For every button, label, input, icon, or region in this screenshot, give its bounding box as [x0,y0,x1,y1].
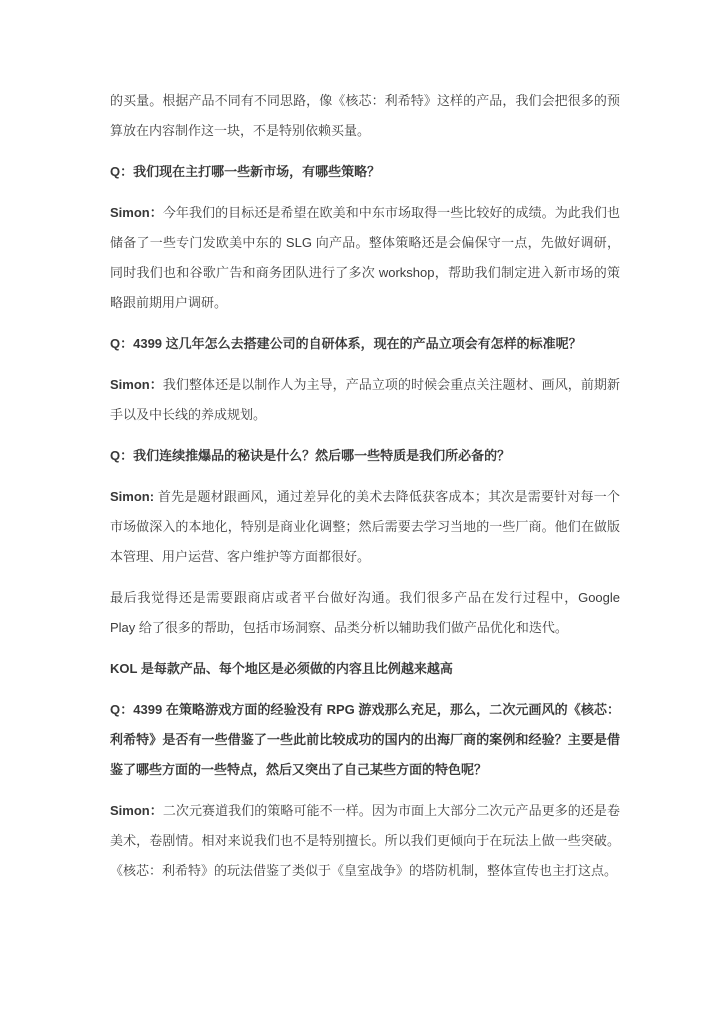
question-hit-products-secret: Q：我们连续推爆品的秘诀是什么？然后哪一些特质是我们所必备的？ [110,441,620,471]
paragraph-buy-volume-continuation: 的买量。根据产品不同有不同思路，像《核芯：利希特》这样的产品，我们会把很多的预算… [110,86,620,146]
speaker-label: Simon： [110,377,163,392]
question-self-development-system: Q：4399 这几年怎么去搭建公司的自研体系，现在的产品立项会有怎样的标准呢？ [110,329,620,359]
heading-kol: KOL 是每款产品、每个地区是必须做的内容且比例越来越高 [110,654,620,684]
speaker-label: Simon: [110,489,158,504]
answer-text: 今年我们的目标还是希望在欧美和中东市场取得一些比较好的成绩。为此我们也储备了一些… [110,205,620,310]
answer-hit-products-secret: Simon: 首先是题材跟画风，通过差异化的美术去降低获客成本；其次是需要针对每… [110,482,620,572]
answer-new-markets: Simon：今年我们的目标还是希望在欧美和中东市场取得一些比较好的成绩。为此我们… [110,198,620,318]
answer-text: 我们整体还是以制作人为主导，产品立项的时候会重点关注题材、画风，前期新手以及中长… [110,377,620,422]
paragraph-platform-communication: 最后我觉得还是需要跟商店或者平台做好沟通。我们很多产品在发行过程中，Google… [110,583,620,643]
answer-strategy-game-experience: Simon：二次元赛道我们的策略可能不一样。因为市面上大部分二次元产品更多的还是… [110,796,620,886]
answer-text: 首先是题材跟画风，通过差异化的美术去降低获客成本；其次是需要针对每一个市场做深入… [110,489,620,564]
answer-text: 二次元赛道我们的策略可能不一样。因为市面上大部分二次元产品更多的还是卷美术，卷剧… [110,803,620,878]
speaker-label: Simon： [110,205,163,220]
question-new-markets: Q：我们现在主打哪一些新市场，有哪些策略？ [110,157,620,187]
question-strategy-game-experience: Q：4399 在策略游戏方面的经验没有 RPG 游戏那么充足，那么，二次元画风的… [110,695,620,785]
speaker-label: Simon： [110,803,163,818]
answer-self-development-system: Simon：我们整体还是以制作人为主导，产品立项的时候会重点关注题材、画风，前期… [110,370,620,430]
document-page: 的买量。根据产品不同有不同思路，像《核芯：利希特》这样的产品，我们会把很多的预算… [0,0,724,1024]
article-body: 的买量。根据产品不同有不同思路，像《核芯：利希特》这样的产品，我们会把很多的预算… [0,0,724,886]
